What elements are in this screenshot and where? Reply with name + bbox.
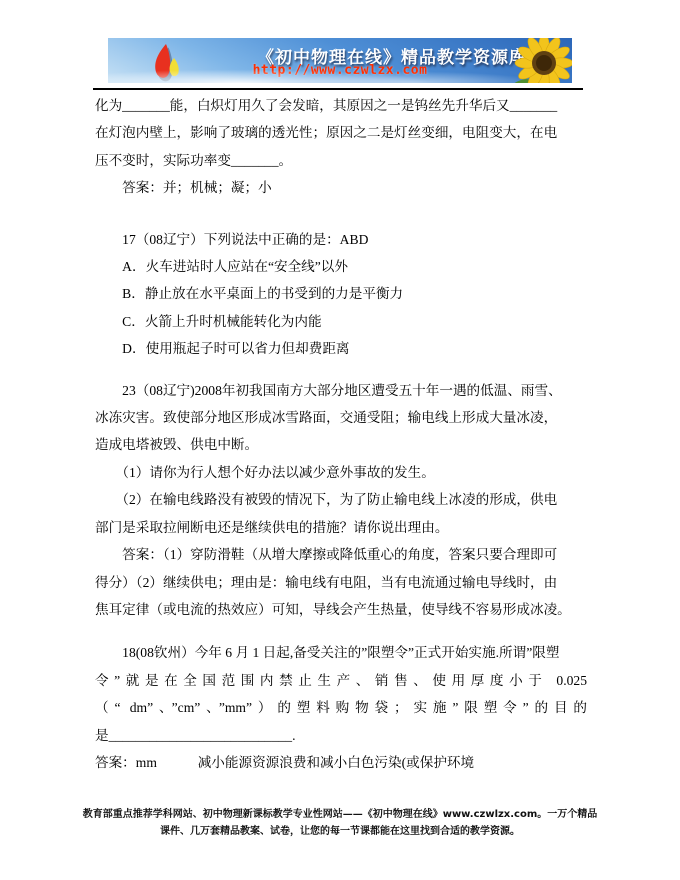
footer-line2: 课件、几万套精品教案、试卷，让您的每一节课都能在这里找到合适的教学资源。 (50, 823, 630, 840)
clouds-decoration-icon (108, 67, 572, 83)
doc-line: 在灯泡内壁上，影响了玻璃的透光性；原因之二是灯丝变细，电阻变大，在电 (95, 119, 587, 146)
header-divider (93, 88, 583, 90)
doc-line: 答案：（1）穿防滑鞋（从增大摩擦或降低重心的角度，答案只要合理即可 (95, 541, 587, 568)
doc-line: 部门是采取拉闸断电还是继续供电的措施？请你说出理由。 (95, 514, 587, 541)
doc-spacer (95, 623, 587, 639)
doc-line: （1）请你为行人想个好办法以减少意外事故的发生。 (95, 459, 587, 486)
doc-line: D．使用瓶起子时可以省力但却费距离 (95, 335, 587, 362)
header-banner: 《初中物理在线》精品教学资源库 http://www.czwlzx.com (108, 38, 572, 83)
doc-line: 答案：并；机械；凝；小 (95, 174, 587, 201)
doc-line: 冰冻灾害。致使部分地区形成冰雪路面，交通受阻；输电线上形成大量冰凌， (95, 404, 587, 431)
doc-spacer (95, 363, 587, 377)
doc-line: 是___________________________. (95, 722, 587, 749)
page-footer: 教育部重点推荐学科网站、初中物理新课标教学专业性网站——《初中物理在线》www.… (50, 806, 630, 840)
document-page: 《初中物理在线》精品教学资源库 http://www.czwlzx.com (0, 0, 680, 880)
doc-line: 造成电塔被毁、供电中断。 (95, 431, 587, 458)
doc-line: 压不变时，实际功率变_______。 (95, 147, 587, 174)
doc-line: A．火车进站时人应站在“安全线”以外 (95, 253, 587, 280)
sunflower-icon (510, 38, 572, 83)
doc-line: 得分）（2）继续供电；理由是：输电线有电阻，当有电流通过输电导线时，由 (95, 569, 587, 596)
doc-line: B．静止放在水平桌面上的书受到的力是平衡力 (95, 280, 587, 307)
doc-spacer (95, 202, 587, 226)
doc-line: 令”就是在全国范围内禁止生产、销售、使用厚度小于 0.025 (95, 667, 587, 694)
footer-line1: 教育部重点推荐学科网站、初中物理新课标教学专业性网站——《初中物理在线》www.… (50, 806, 630, 823)
doc-line: （“ dm”、”cm”、”mm”）的塑料购物袋；实施”限塑令”的目的 (95, 694, 587, 721)
doc-line: 答案：mm 减小能源资源浪费和减小白色污染(或保护环境 (95, 749, 587, 776)
doc-line: 化为_______能，白炽灯用久了会发暗，其原因之一是钨丝先升华后又______… (95, 92, 587, 119)
doc-line: 23（08辽宁)2008年初我国南方大部分地区遭受五十年一遇的低温、雨雪、 (95, 377, 587, 404)
doc-line: 17（08辽宁）下列说法中正确的是：ABD (95, 226, 587, 253)
doc-line: 18(08钦州）今年 6 月 1 日起,备受关注的”限塑令”正式开始实施.所谓”… (95, 639, 587, 666)
doc-line: 焦耳定律（或电流的热效应）可知，导线会产生热量，使导线不容易形成冰凌。 (95, 596, 587, 623)
doc-line: C．火箭上升时机械能转化为内能 (95, 308, 587, 335)
doc-line: （2）在输电线路没有被毁的情况下，为了防止输电线上冰凌的形成，供电 (95, 486, 587, 513)
document-body: 化为_______能，白炽灯用久了会发暗，其原因之一是钨丝先升华后又______… (95, 92, 587, 776)
